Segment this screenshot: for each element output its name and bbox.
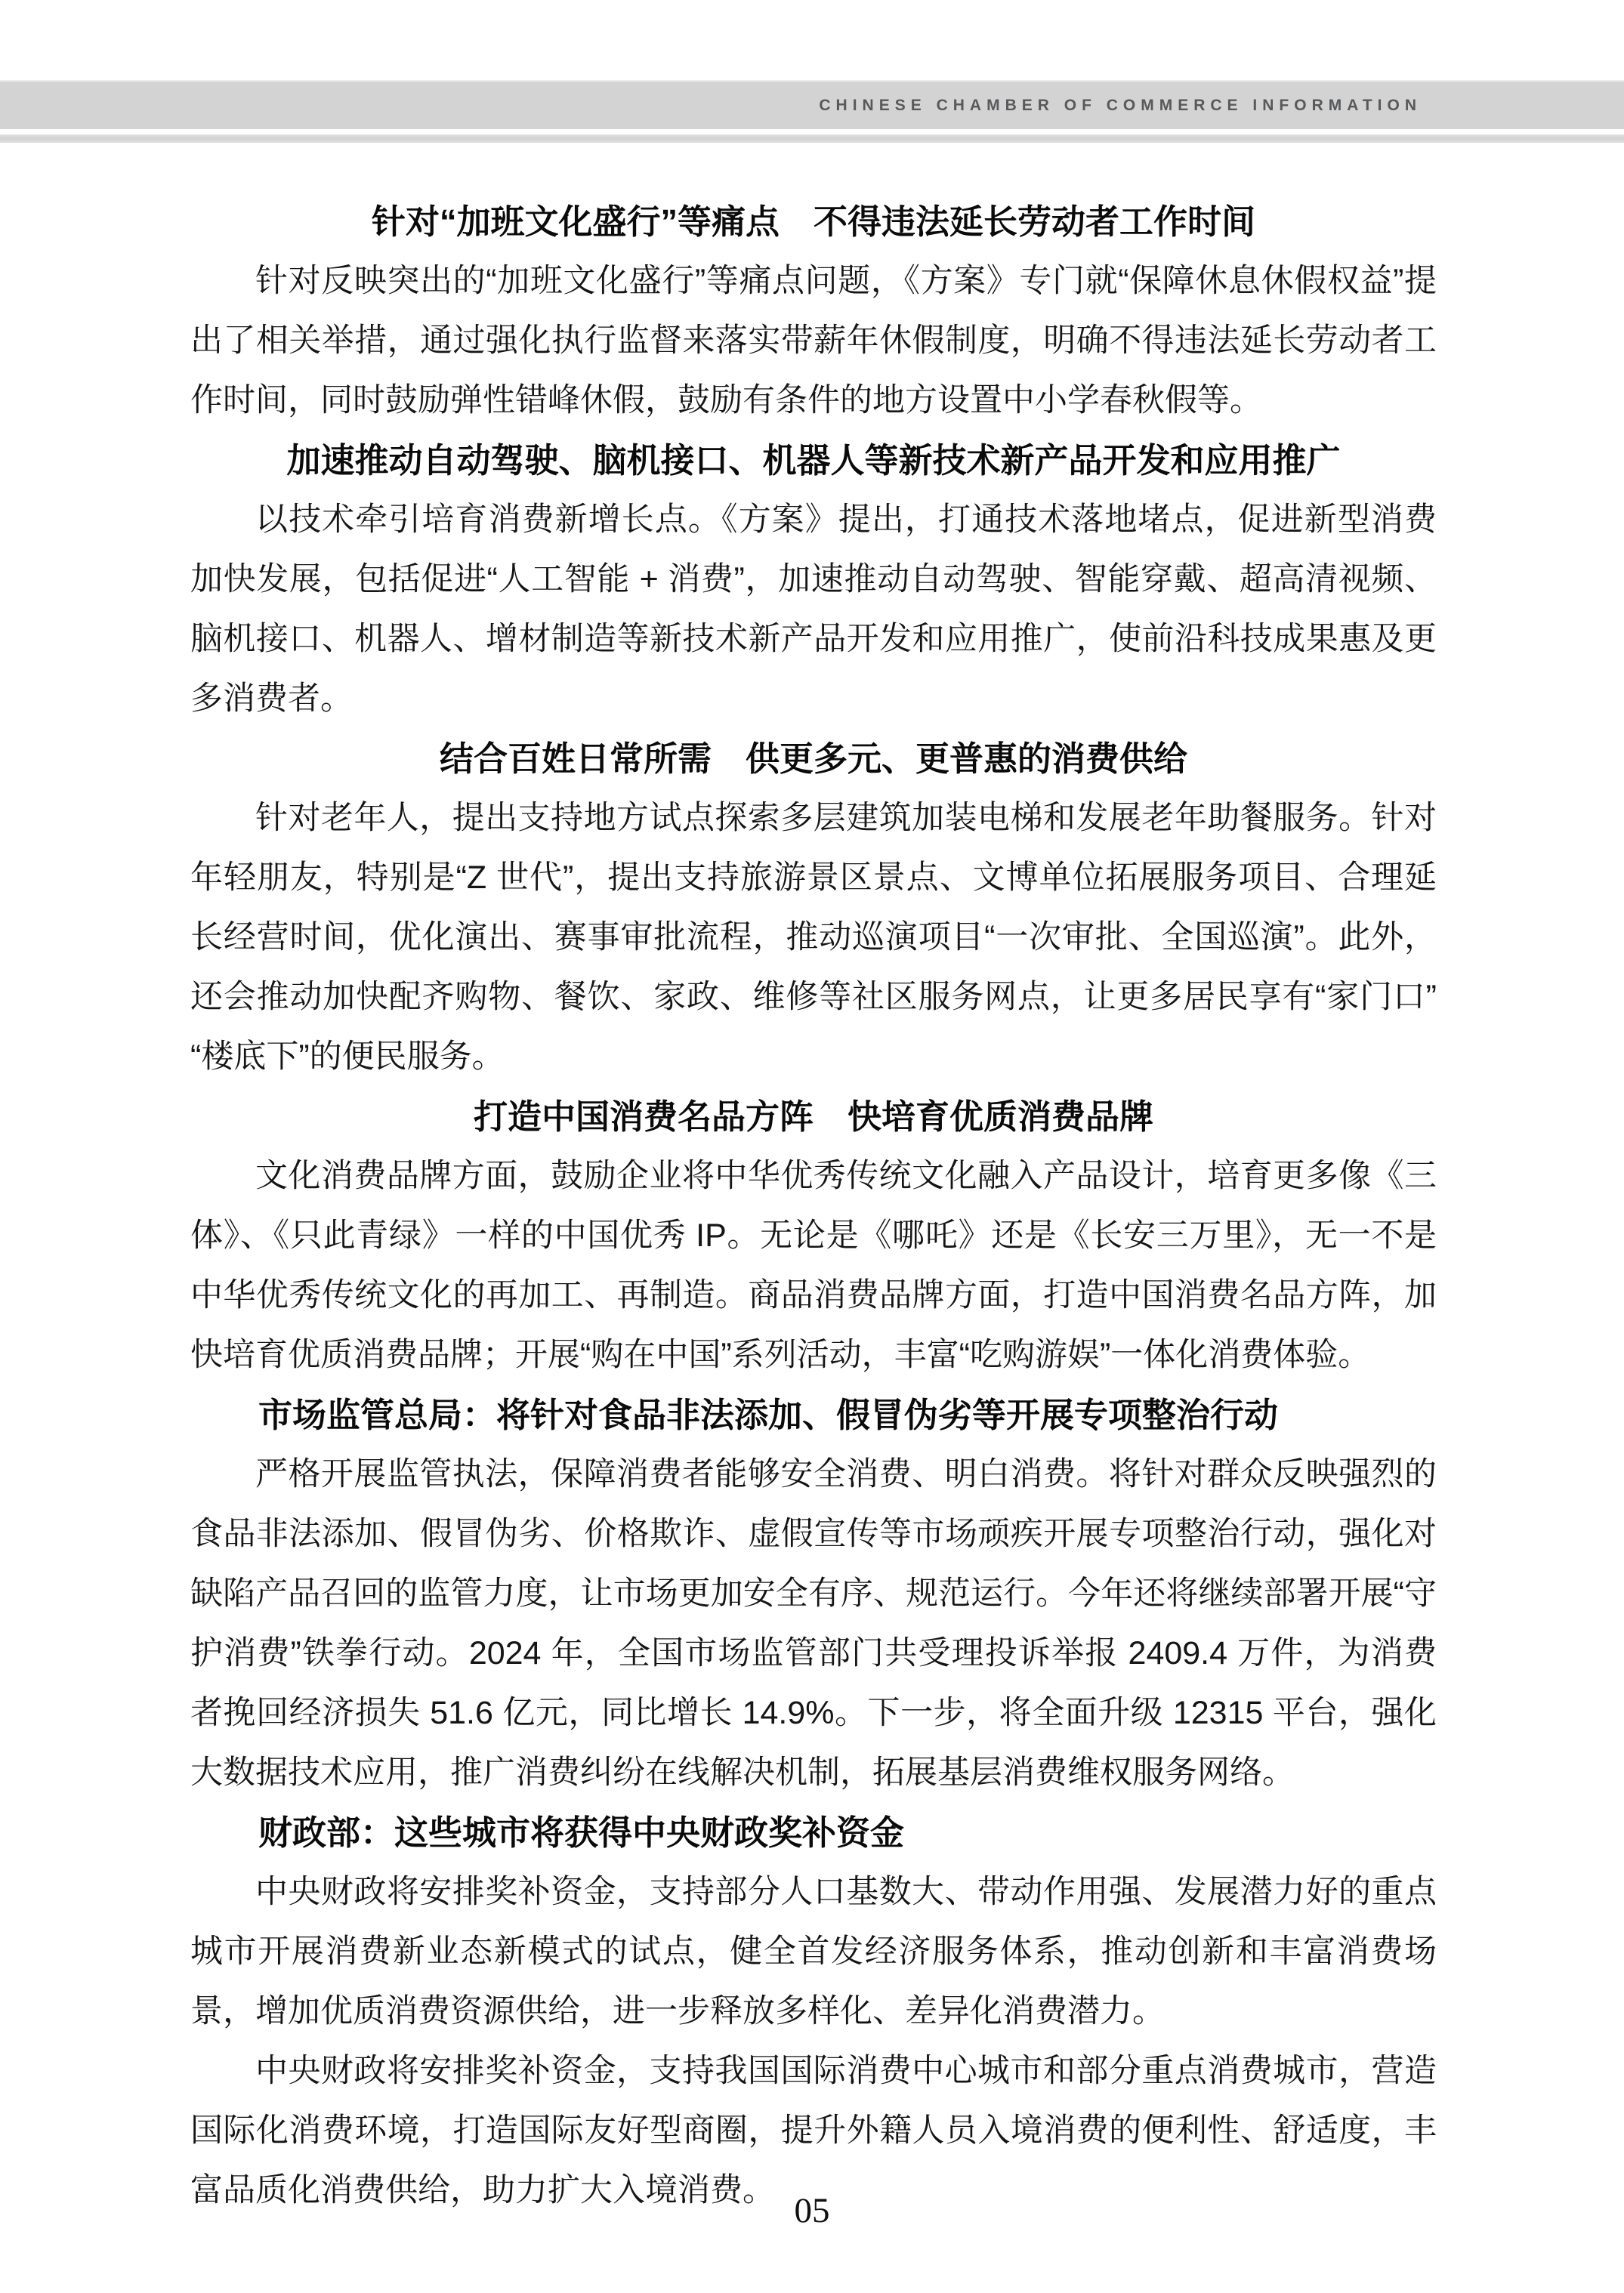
paragraph: 针对老年人，提出支持地方试点探索多层建筑加装电梯和发展老年助餐服务。针对年轻朋友… (190, 789, 1437, 1087)
header-strip (0, 134, 1624, 143)
section-heading: 针对“加班文化盛行”等痛点 不得违法延长劳动者工作时间 (190, 192, 1437, 252)
paragraph: 以技术牵引培育消费新增长点。《方案》提出，打通技术落地堵点，促进新型消费加快发展… (190, 490, 1437, 729)
sections-container: 针对“加班文化盛行”等痛点 不得违法延长劳动者工作时间针对反映突出的“加班文化盛… (190, 192, 1437, 2220)
section-heading: 加速推动自动驾驶、脑机接口、机器人等新技术新产品开发和应用推广 (190, 431, 1437, 490)
section-heading: 市场监管总局：将针对食品非法添加、假冒伪劣等开展专项整治行动 (190, 1385, 1437, 1445)
article-body: 针对“加班文化盛行”等痛点 不得违法延长劳动者工作时间针对反映突出的“加班文化盛… (190, 192, 1437, 2220)
header-banner: CHINESE CHAMBER OF COMMERCE INFORMATION (0, 80, 1624, 129)
header-banner-title: CHINESE CHAMBER OF COMMERCE INFORMATION (819, 97, 1422, 115)
paragraph: 文化消费品牌方面，鼓励企业将中华优秀传统文化融入产品设计，培育更多像《三体》、《… (190, 1146, 1437, 1385)
document-page: { "header": { "banner_text": "CHINESE CH… (0, 0, 1624, 2293)
section-heading: 结合百姓日常所需 供更多元、更普惠的消费供给 (190, 729, 1437, 789)
section-heading: 财政部：这些城市将获得中央财政奖补资金 (190, 1803, 1437, 1862)
section-heading: 打造中国消费名品方阵 快培育优质消费品牌 (190, 1087, 1437, 1146)
page-number: 05 (0, 2190, 1624, 2231)
paragraph: 针对反映突出的“加班文化盛行”等痛点问题，《方案》专门就“保障休息休假权益”提出… (190, 252, 1437, 431)
paragraph: 严格开展监管执法，保障消费者能够安全消费、明白消费。将针对群众反映强烈的食品非法… (190, 1445, 1437, 1803)
paragraph: 中央财政将安排奖补资金，支持部分人口基数大、带动作用强、发展潜力好的重点城市开展… (190, 1862, 1437, 2041)
